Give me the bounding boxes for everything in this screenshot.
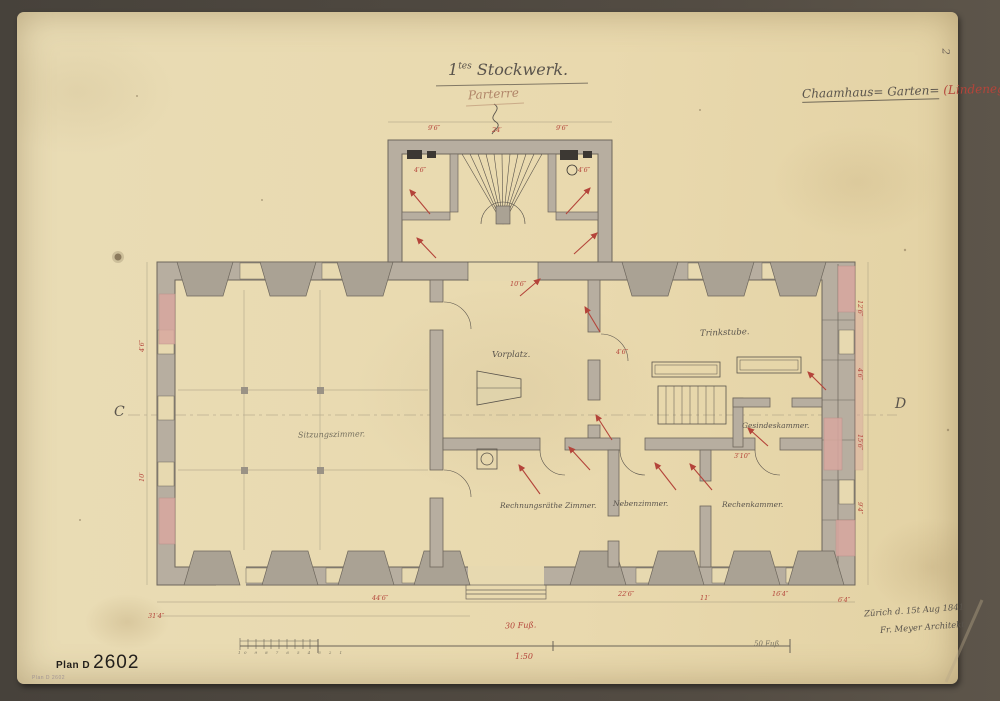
winding-staircase <box>462 154 542 224</box>
dim-label: 11′ <box>700 594 710 602</box>
pink-wall-patches <box>159 266 863 556</box>
dim-label: 4′6″ <box>616 348 628 356</box>
section-marker-c: C <box>114 404 125 420</box>
title-number: 1 <box>448 60 458 79</box>
dim-label: 22′6″ <box>618 590 634 598</box>
dim-label: 4′6″ <box>414 166 426 174</box>
dim-label: 12′6″ <box>856 300 864 316</box>
dim-label: 24′ <box>492 126 502 134</box>
pencil-guide-lines <box>128 122 897 616</box>
title-superscript: tes <box>458 62 472 72</box>
sheet-title: 1tes Stockwerk. <box>448 60 568 79</box>
stamp-number: 2602 <box>93 652 139 674</box>
scale-ratio: 1:50 <box>515 652 533 661</box>
dim-label: 16′4″ <box>772 590 788 598</box>
dim-label: 9′6″ <box>556 124 568 132</box>
dim-label: 10′6″ <box>510 280 526 288</box>
dim-label: 4′6″ <box>856 368 864 380</box>
dim-label: 3′10″ <box>734 452 750 460</box>
title-text: Stockwerk. <box>472 60 568 79</box>
project-title-red: (Lindenegg) <box>943 81 1000 97</box>
sheet-subtitle: Parterre <box>468 86 520 103</box>
room-label-nebenzimmer: Nebenzimmer. <box>613 499 668 508</box>
room-label-trinkstube: Trinkstube. <box>700 327 750 339</box>
dim-label: 4′6″ <box>138 340 146 352</box>
dim-label: 10′ <box>138 472 146 482</box>
scale-end-label: 50 Fuß <box>754 640 779 648</box>
plan-stamp: Plan D 2602 <box>56 652 139 674</box>
faint-stamp: Plan D 2602 <box>32 675 65 681</box>
section-marker-d: D <box>895 396 906 412</box>
corner-number: 2 <box>940 48 951 54</box>
paper-blemishes <box>79 95 949 521</box>
room-label-vorplatz: Vorplatz. <box>492 350 530 360</box>
dim-label: 9′4″ <box>856 502 864 514</box>
dim-label: 9′6″ <box>428 124 440 132</box>
dim-label: 44′6″ <box>372 594 388 602</box>
room-label-rechnungszimmer: Rechnungsräthe Zimmer. <box>500 501 596 510</box>
scanned-plan-sheet: 1tes Stockwerk. Parterre Chaamhaus= Gart… <box>0 0 1000 701</box>
scale-red-note: 30 Fuß. <box>505 620 537 630</box>
room-label-gesindeskammer: Gesindeskammer. <box>742 421 809 430</box>
dim-label: 6′4″ <box>838 596 850 604</box>
stamp-prefix: Plan D <box>56 660 90 671</box>
scale-tick-numbers: 10 9 8 7 6 5 4 3 2 1 <box>238 650 345 655</box>
dim-label: 4′6″ <box>578 166 590 174</box>
fittings <box>241 357 801 474</box>
room-label-sitzungszimmer: Sitzungszimmer. <box>298 429 365 439</box>
dim-label: 31′4″ <box>148 612 164 620</box>
room-label-rechenkammer: Rechenkammer. <box>722 500 783 509</box>
dim-label: 15′6″ <box>856 434 864 450</box>
